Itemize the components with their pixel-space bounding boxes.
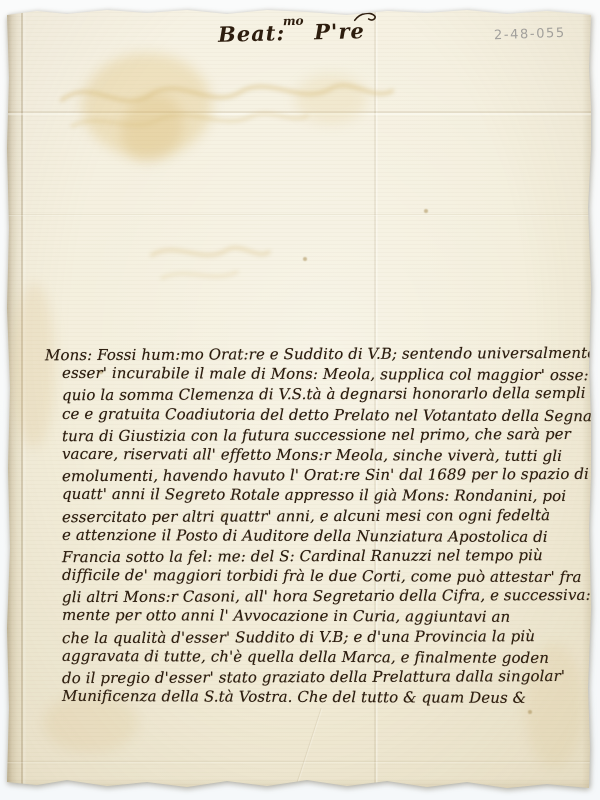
paper-speck (303, 257, 307, 261)
fold-crease-diagonal (293, 708, 321, 792)
fold-crease-bottom (7, 761, 591, 762)
manuscript-line: che la qualità d'esser' Suddito di V.B; … (62, 625, 597, 648)
manuscript-line: Mons: Fossi hum:mo Orat:re e Suddito di … (45, 343, 597, 366)
paper-stain (82, 53, 212, 158)
manuscript-page: Beat:mo P're 2-48-055 Mons: Fossi hum:mo… (7, 8, 591, 790)
manuscript-line: mente per otto anni l' Avvocazione in Cu… (62, 605, 597, 628)
manuscript-line: Francia sotto la fel: me: del S: Cardina… (62, 545, 597, 568)
document-scan: Beat:mo P're 2-48-055 Mons: Fossi hum:mo… (0, 0, 600, 800)
fold-crease-top (7, 111, 591, 113)
manuscript-line: quio la somma Clemenza di V.S.tà à degna… (62, 383, 597, 406)
manuscript-line: vacare, riservati all' effetto Mons:r Me… (62, 444, 597, 467)
manuscript-line: emolumenti, havendo havuto l' Orat:re Si… (62, 464, 597, 487)
manuscript-line: Munificenza della S.tà Vostra. Che del t… (62, 686, 597, 709)
salutation-heading: Beat:mo P're (218, 18, 365, 47)
catalog-number: 2-48-055 (494, 26, 566, 43)
manuscript-line: quatt' anni il Segreto Rotale appresso i… (62, 484, 597, 507)
paper-speck (424, 209, 428, 213)
flourish-mark (352, 10, 378, 25)
manuscript-line: difficile de' maggiori torbidi frà le du… (62, 565, 597, 588)
fold-crease-left (21, 8, 23, 790)
manuscript-line: do il pregio d'esser' stato graziato del… (62, 666, 597, 689)
paper-stain (295, 74, 367, 124)
manuscript-body: Mons: Fossi hum:mo Orat:re e Suddito di … (45, 344, 597, 707)
salutation-prefix: Beat: (218, 20, 286, 47)
manuscript-line: esser' incurabile il male di Mons: Meola… (62, 363, 597, 386)
manuscript-line: aggravata di tutte, ch'è quella della Ma… (62, 646, 597, 669)
paper-stain (109, 83, 196, 174)
fold-crease-middle (7, 214, 591, 215)
manuscript-line: ce e gratuita Coadiutoria del detto Prel… (62, 403, 597, 426)
paper-speck (528, 710, 532, 714)
paper-sheet: Beat:mo P're 2-48-055 Mons: Fossi hum:mo… (7, 8, 591, 790)
salutation-superscript: mo (283, 14, 304, 29)
manuscript-line: tura di Giustizia con la futura successi… (62, 424, 597, 447)
manuscript-line: e attenzione il Posto di Auditore della … (62, 525, 597, 548)
manuscript-line: essercitato per altri quattr' anni, e al… (62, 504, 597, 527)
